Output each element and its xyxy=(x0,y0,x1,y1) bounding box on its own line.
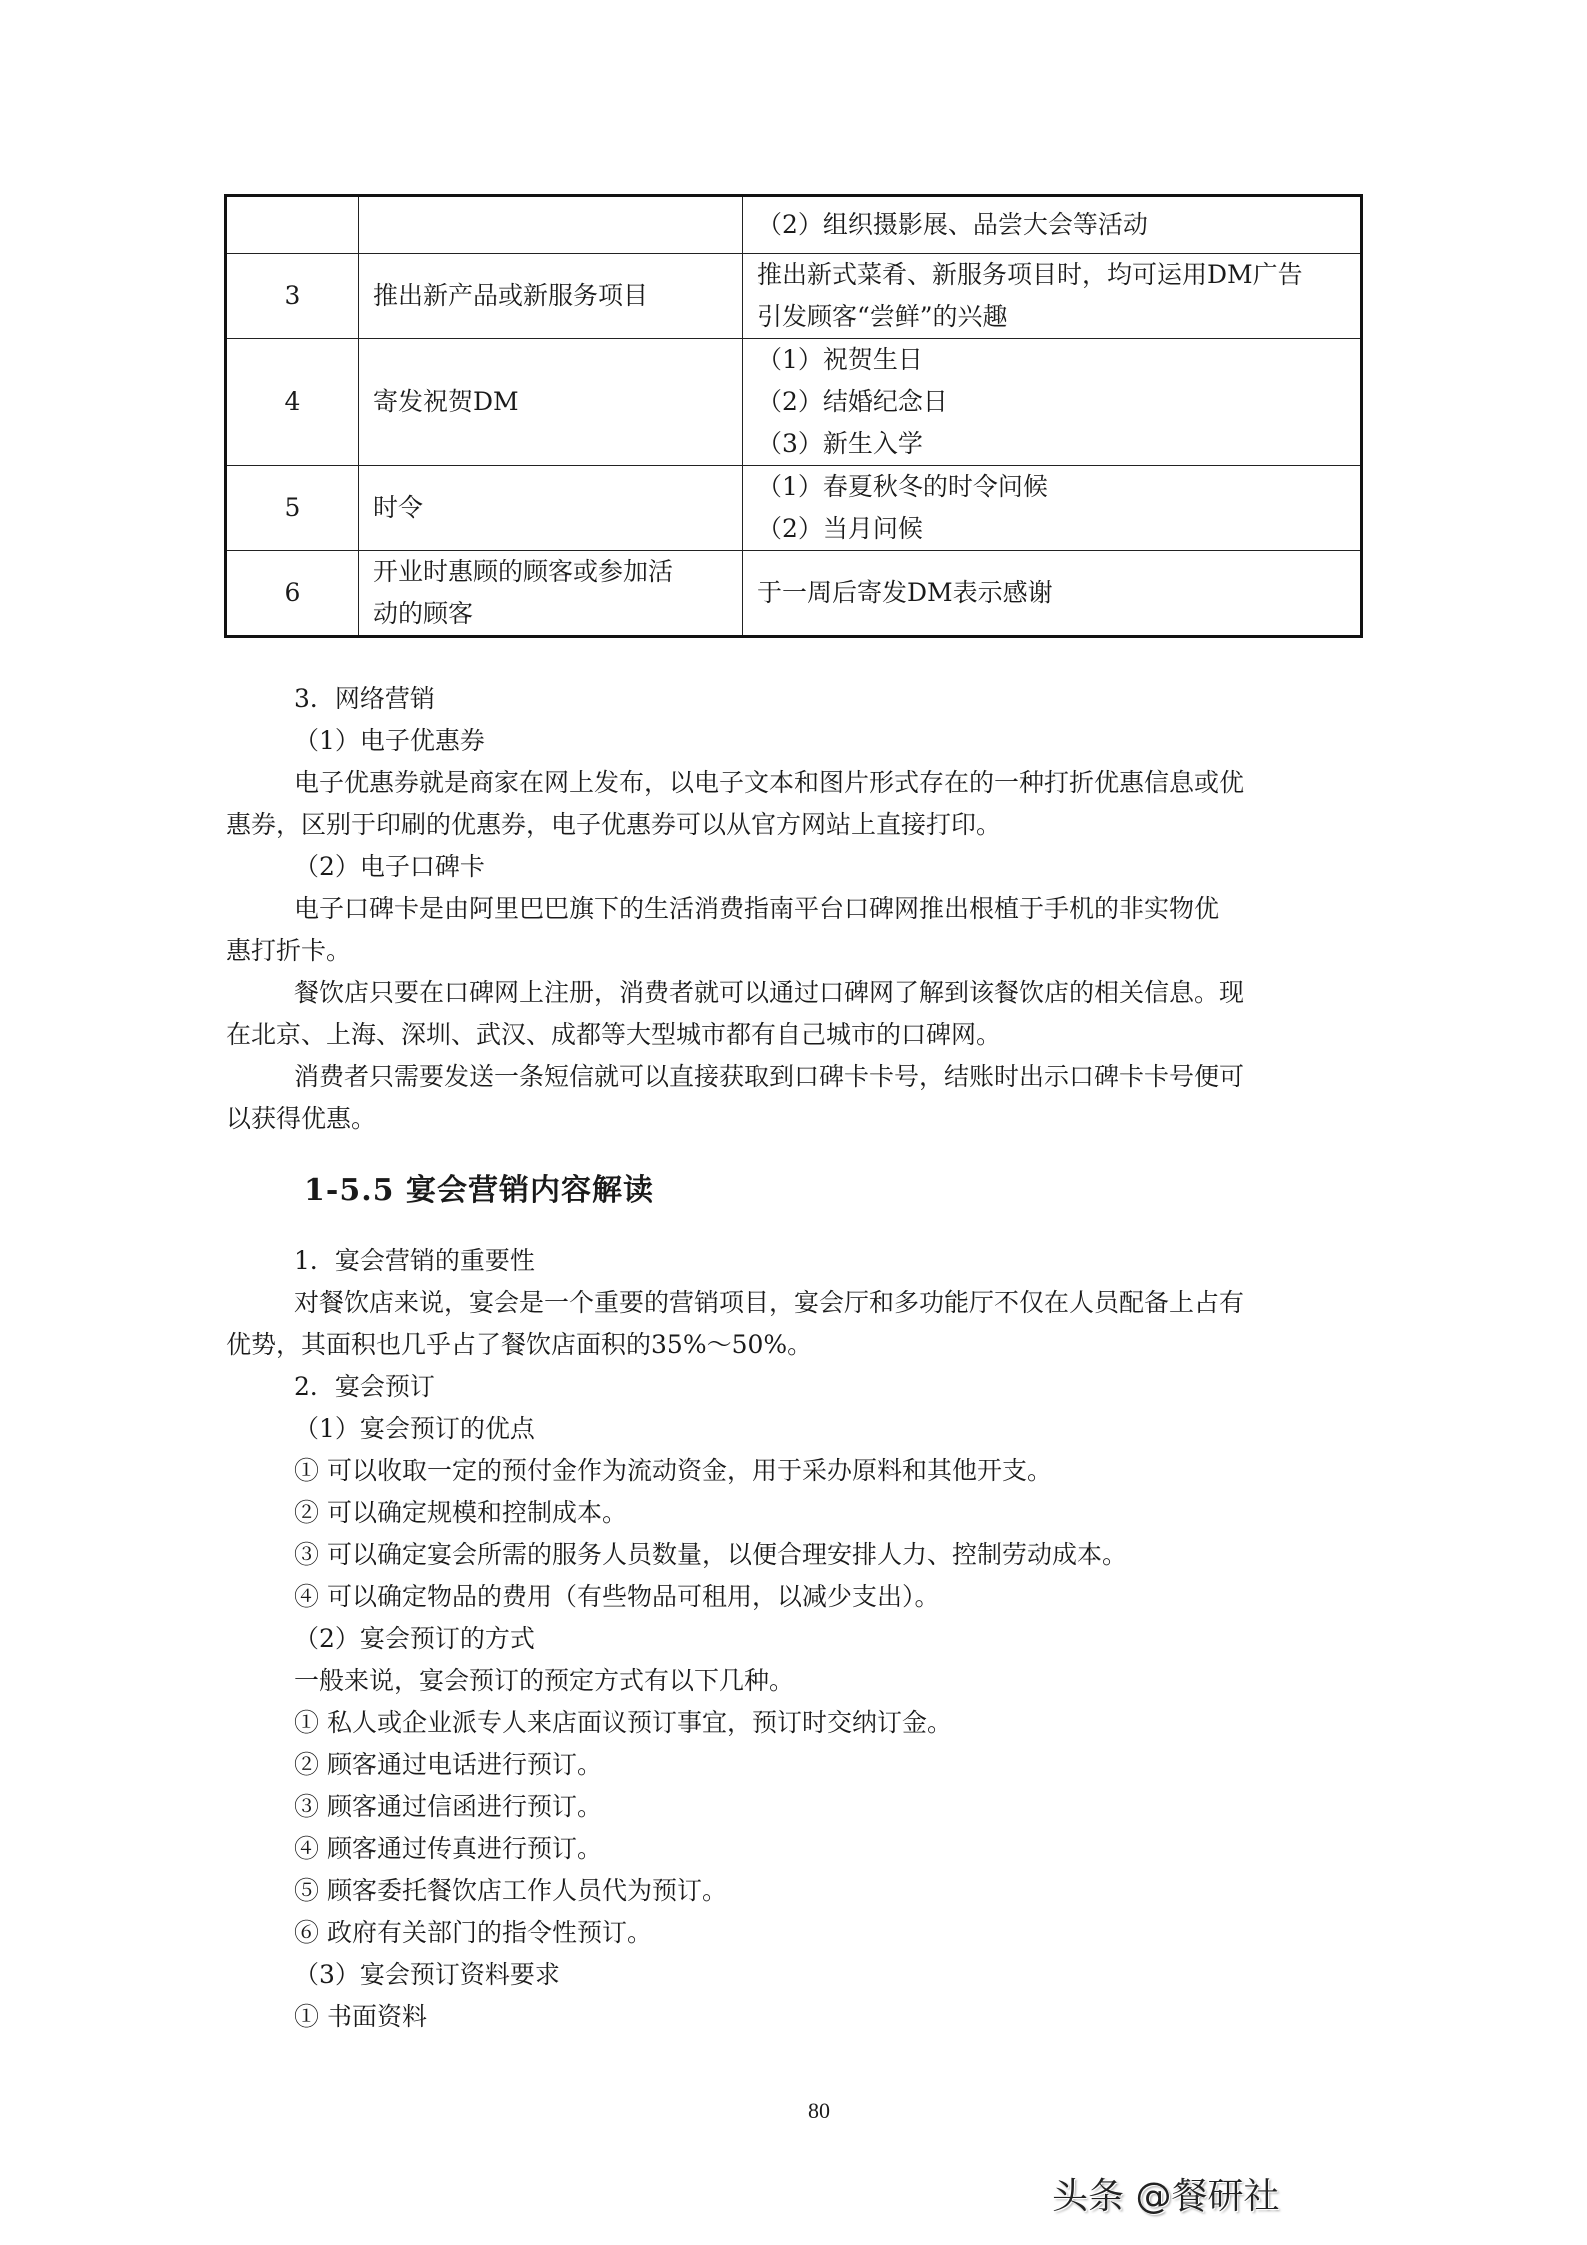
watermark: 头条 @餐研社 xyxy=(1052,2168,1279,2219)
table-row: 5 时令 （1）春夏秋冬的时令问候 （2）当月问候 xyxy=(226,466,1362,551)
cell-no: 5 xyxy=(226,466,359,551)
desc-line: （1）春夏秋冬的时令问候 xyxy=(757,466,1346,508)
paragraph-line: 在北京、上海、深圳、武汉、成都等大型城市都有自己城市的口碑网。 xyxy=(226,1014,1363,1056)
list-item: ① 可以收取一定的预付金作为流动资金，用于采办原料和其他开支。 xyxy=(226,1450,1363,1492)
list-item: ② 可以确定规模和控制成本。 xyxy=(226,1492,1363,1534)
subsection-title: （2）电子口碑卡 xyxy=(226,846,1363,888)
cell-no: 6 xyxy=(226,551,359,637)
desc-line: （1）祝贺生日 xyxy=(757,339,1346,381)
subsection-title: （1）电子优惠券 xyxy=(226,720,1363,762)
dm-table: （2）组织摄影展、品尝大会等活动 3 推出新产品或新服务项目 推出新式菜肴、新服… xyxy=(224,194,1363,638)
section-title: 1．宴会营销的重要性 xyxy=(226,1240,1363,1282)
cell-item: 时令 xyxy=(359,466,743,551)
list-item: ② 顾客通过电话进行预订。 xyxy=(226,1744,1363,1786)
list-item: ⑥ 政府有关部门的指令性预订。 xyxy=(226,1912,1363,1954)
item-line: 动的顾客 xyxy=(373,593,728,635)
list-item: ① 书面资料 xyxy=(226,1996,1363,2038)
list-item: ③ 顾客通过信函进行预订。 xyxy=(226,1786,1363,1828)
section-network-marketing: 3．网络营销 （1）电子优惠券 电子优惠券就是商家在网上发布，以电子文本和图片形… xyxy=(226,678,1363,1140)
subsection-title: （2）宴会预订的方式 xyxy=(226,1618,1363,1660)
paragraph-line: 消费者只需要发送一条短信就可以直接获取到口碑卡卡号，结账时出示口碑卡卡号便可 xyxy=(226,1056,1363,1098)
cell-item: 寄发祝贺DM xyxy=(359,339,743,466)
list-item: ④ 顾客通过传真进行预订。 xyxy=(226,1828,1363,1870)
table-row: 3 推出新产品或新服务项目 推出新式菜肴、新服务项目时，均可运用DM广告 引发顾… xyxy=(226,254,1362,339)
section-title: 2．宴会预订 xyxy=(226,1366,1363,1408)
cell-desc: （1）春夏秋冬的时令问候 （2）当月问候 xyxy=(743,466,1362,551)
desc-line: （2）组织摄影展、品尝大会等活动 xyxy=(757,204,1346,246)
cell-no: 3 xyxy=(226,254,359,339)
paragraph-line: 优势，其面积也几乎占了餐饮店面积的35%～50%。 xyxy=(226,1324,1363,1366)
list-item: ⑤ 顾客委托餐饮店工作人员代为预订。 xyxy=(226,1870,1363,1912)
cell-no: 4 xyxy=(226,339,359,466)
paragraph-line: 电子优惠券就是商家在网上发布，以电子文本和图片形式存在的一种打折优惠信息或优 xyxy=(226,762,1363,804)
cell-item: 推出新产品或新服务项目 xyxy=(359,254,743,339)
paragraph-line: 以获得优惠。 xyxy=(226,1098,1363,1140)
desc-line: 推出新式菜肴、新服务项目时，均可运用DM广告 xyxy=(757,254,1346,296)
cell-desc: （1）祝贺生日 （2）结婚纪念日 （3）新生入学 xyxy=(743,339,1362,466)
subsection-title: （1）宴会预订的优点 xyxy=(226,1408,1363,1450)
list-item: ④ 可以确定物品的费用（有些物品可租用，以减少支出）。 xyxy=(226,1576,1363,1618)
page-number: 80 xyxy=(808,2098,830,2124)
cell-item xyxy=(359,196,743,254)
document-page: （2）组织摄影展、品尝大会等活动 3 推出新产品或新服务项目 推出新式菜肴、新服… xyxy=(0,0,1587,2245)
desc-line: （2）结婚纪念日 xyxy=(757,381,1346,423)
section-title: 3．网络营销 xyxy=(226,678,1363,720)
table-row: 6 开业时惠顾的顾客或参加活 动的顾客 于一周后寄发DM表示感谢 xyxy=(226,551,1362,637)
item-line: 开业时惠顾的顾客或参加活 xyxy=(373,551,728,593)
cell-desc: （2）组织摄影展、品尝大会等活动 xyxy=(743,196,1362,254)
paragraph-line: 惠打折卡。 xyxy=(226,930,1363,972)
paragraph-line: 一般来说，宴会预订的预定方式有以下几种。 xyxy=(226,1660,1363,1702)
cell-no xyxy=(226,196,359,254)
paragraph-line: 惠券，区别于印刷的优惠券，电子优惠券可以从官方网站上直接打印。 xyxy=(226,804,1363,846)
paragraph-line: 电子口碑卡是由阿里巴巴旗下的生活消费指南平台口碑网推出根植于手机的非实物优 xyxy=(226,888,1363,930)
desc-line: 于一周后寄发DM表示感谢 xyxy=(757,572,1346,614)
desc-line: （3）新生入学 xyxy=(757,423,1346,465)
cell-desc: 推出新式菜肴、新服务项目时，均可运用DM广告 引发顾客“尝鲜”的兴趣 xyxy=(743,254,1362,339)
paragraph-line: 餐饮店只要在口碑网上注册，消费者就可以通过口碑网了解到该餐饮店的相关信息。现 xyxy=(226,972,1363,1014)
section-banquet: 1．宴会营销的重要性 对餐饮店来说，宴会是一个重要的营销项目，宴会厅和多功能厅不… xyxy=(226,1240,1363,2038)
desc-line: （2）当月问候 xyxy=(757,508,1346,550)
table-row: （2）组织摄影展、品尝大会等活动 xyxy=(226,196,1362,254)
table-row: 4 寄发祝贺DM （1）祝贺生日 （2）结婚纪念日 （3）新生入学 xyxy=(226,339,1362,466)
list-item: ① 私人或企业派专人来店面议预订事宜，预订时交纳订金。 xyxy=(226,1702,1363,1744)
subsection-title: （3）宴会预订资料要求 xyxy=(226,1954,1363,1996)
list-item: ③ 可以确定宴会所需的服务人员数量，以便合理安排人力、控制劳动成本。 xyxy=(226,1534,1363,1576)
paragraph-line: 对餐饮店来说，宴会是一个重要的营销项目，宴会厅和多功能厅不仅在人员配备上占有 xyxy=(226,1282,1363,1324)
cell-item: 开业时惠顾的顾客或参加活 动的顾客 xyxy=(359,551,743,637)
cell-desc: 于一周后寄发DM表示感谢 xyxy=(743,551,1362,637)
desc-line: 引发顾客“尝鲜”的兴趣 xyxy=(757,296,1346,338)
section-heading: 1-5.5 宴会营销内容解读 xyxy=(304,1165,654,1209)
